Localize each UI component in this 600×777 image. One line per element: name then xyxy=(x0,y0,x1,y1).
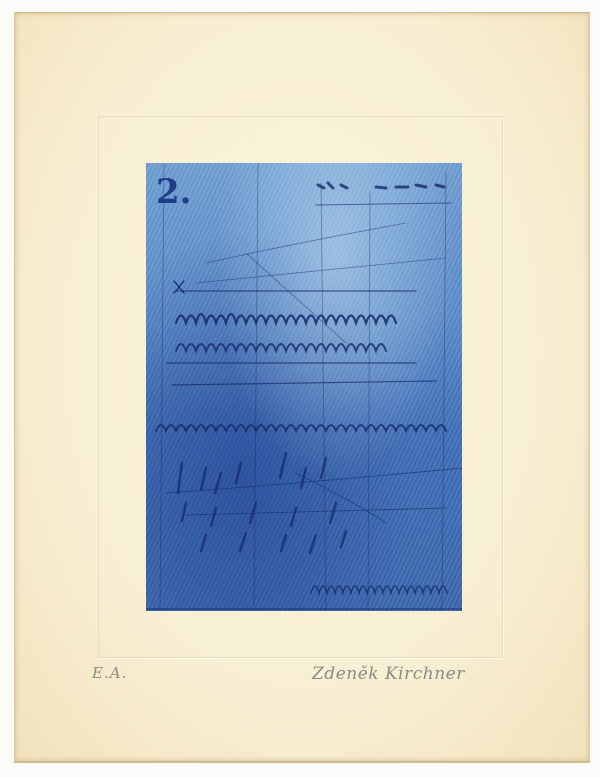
scribble-marks: 2. xyxy=(146,163,462,611)
edition-mark: E.A. xyxy=(92,664,127,682)
artist-signature: Zdeněk Kirchner xyxy=(312,664,465,684)
etched-image: 2. xyxy=(146,163,462,611)
svg-text:2.: 2. xyxy=(156,172,192,212)
